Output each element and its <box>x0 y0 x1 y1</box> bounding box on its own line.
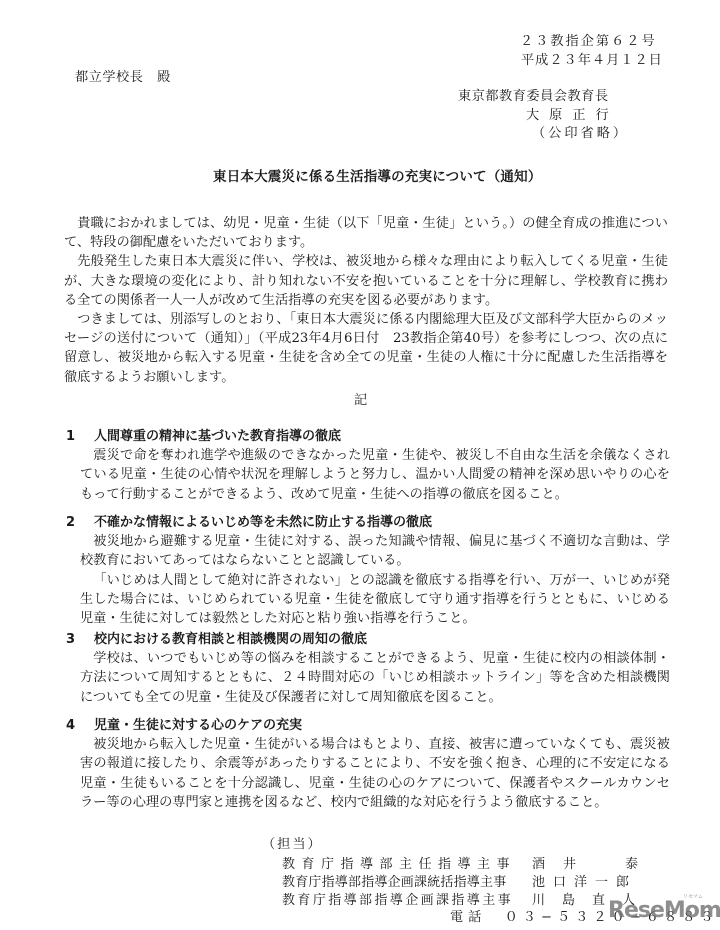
section-heading: 3校内における教育相談と相談機関の周知の徹底 <box>66 630 670 649</box>
section-title: 児童・生徒に対する心のケアの充実 <box>94 718 302 733</box>
section-1: 1人間尊重の精神に基づいた教育指導の徹底 震災で命を奪われ進学や進級のできなかっ… <box>66 427 670 504</box>
section-heading: 4児童・生徒に対する心のケアの充実 <box>66 716 670 735</box>
section-title: 校内における教育相談と相談機関の周知の徹底 <box>94 632 367 647</box>
document-date: 平成２３年４月１２日 <box>521 49 663 68</box>
section-3: 3校内における教育相談と相談機関の周知の徹底 学校は、いつでもいじめ等の悩みを相… <box>66 630 670 707</box>
watermark-logo: ReseMom. <box>608 898 720 923</box>
section-number: 1 <box>66 427 94 446</box>
contact-person: 教育庁指導部主任指導主事酒井 泰 <box>282 853 656 872</box>
section-body: 被災地から避難する児童・生徒に対する、誤った知識や情報、偏見に基づく不適切な言動… <box>80 532 670 628</box>
contact-role: 教育庁指導部指導企画課統括指導主事 <box>282 871 532 890</box>
phone-label: 電話 <box>450 910 486 925</box>
document-page: ２３教指企第６２号 平成２３年４月１２日 都立学校長 殿 東京都教育委員会教育長… <box>0 0 720 930</box>
contact-label: （担当） <box>262 833 323 852</box>
section-4: 4児童・生徒に対する心のケアの充実 被災地から転入した児童・生徒がいる場合はもと… <box>66 716 670 812</box>
ki-marker: 記 <box>354 389 367 408</box>
section-heading: 1人間尊重の精神に基づいた教育指導の徹底 <box>66 427 670 446</box>
section-body: 震災で命を奪われ進学や進級のできなかった児童・生徒や、被災し不自由な生活を余儀な… <box>80 446 670 504</box>
section-paragraph: 学校は、いつでもいじめ等の悩みを相談することができるよう、児童・生徒に校内の相談… <box>80 649 670 707</box>
section-paragraph: 被災地から転入した児童・生徒がいる場合はもとより、直接、被害に遭っていなくても、… <box>80 735 670 812</box>
section-number: 4 <box>66 716 94 735</box>
contact-role: 教育庁指導部主任指導主事 <box>282 853 532 872</box>
contact-name: 池口洋一郎 <box>532 871 637 890</box>
section-paragraph: 被災地から避難する児童・生徒に対する、誤った知識や情報、偏見に基づく不適切な言動… <box>80 532 670 571</box>
section-body: 被災地から転入した児童・生徒がいる場合はもとより、直接、被害に遭っていなくても、… <box>80 735 670 812</box>
section-paragraph: 震災で命を奪われ進学や進級のできなかった児童・生徒や、被災し不自由な生活を余儀な… <box>80 446 670 504</box>
contact-person: 教育庁指導部指導企画課統括指導主事池口洋一郎 <box>282 871 637 890</box>
contact-name: 酒井 泰 <box>532 853 656 872</box>
addressee: 都立学校長 殿 <box>75 66 171 85</box>
sender-name: 大原正行 <box>526 104 619 123</box>
document-number: ２３教指企第６２号 <box>520 30 657 49</box>
section-title: 人間尊重の精神に基づいた教育指導の徹底 <box>94 429 341 444</box>
section-heading: 2不確かな情報によるいじめ等を未然に防止する指導の徹底 <box>66 513 670 532</box>
sender-organization: 東京都教育委員会教育長 <box>458 85 609 104</box>
section-body: 学校は、いつでもいじめ等の悩みを相談することができるよう、児童・生徒に校内の相談… <box>80 649 670 707</box>
intro-paragraph: つきましては、別添写しのとおり、「東日本大震災に係る内閣総理大臣及び文部科学大臣… <box>64 310 668 387</box>
section-title: 不確かな情報によるいじめ等を未然に防止する指導の徹底 <box>94 515 432 530</box>
intro-paragraph: 先般発生した東日本大震災に伴い、学校は、被災地から様々な理由により転入してくる児… <box>64 252 668 310</box>
section-number: 2 <box>66 513 94 532</box>
document-title: 東日本大震災に係る生活指導の充実について（通知） <box>213 165 542 185</box>
section-paragraph: 「いじめは人間として絶対に許されない」との認識を徹底する指導を行い、万が一、いじ… <box>80 571 670 629</box>
section-2: 2不確かな情報によるいじめ等を未然に防止する指導の徹底 被災地から避難する児童・… <box>66 513 670 628</box>
intro-paragraph: 貴職におかれましては、幼児・児童・生徒（以下「児童・生徒」という。）の健全育成の… <box>64 214 668 252</box>
section-number: 3 <box>66 630 94 649</box>
seal-omitted-note: （公印省略） <box>532 122 629 141</box>
intro-text: 貴職におかれましては、幼児・児童・生徒（以下「児童・生徒」という。）の健全育成の… <box>64 214 668 387</box>
